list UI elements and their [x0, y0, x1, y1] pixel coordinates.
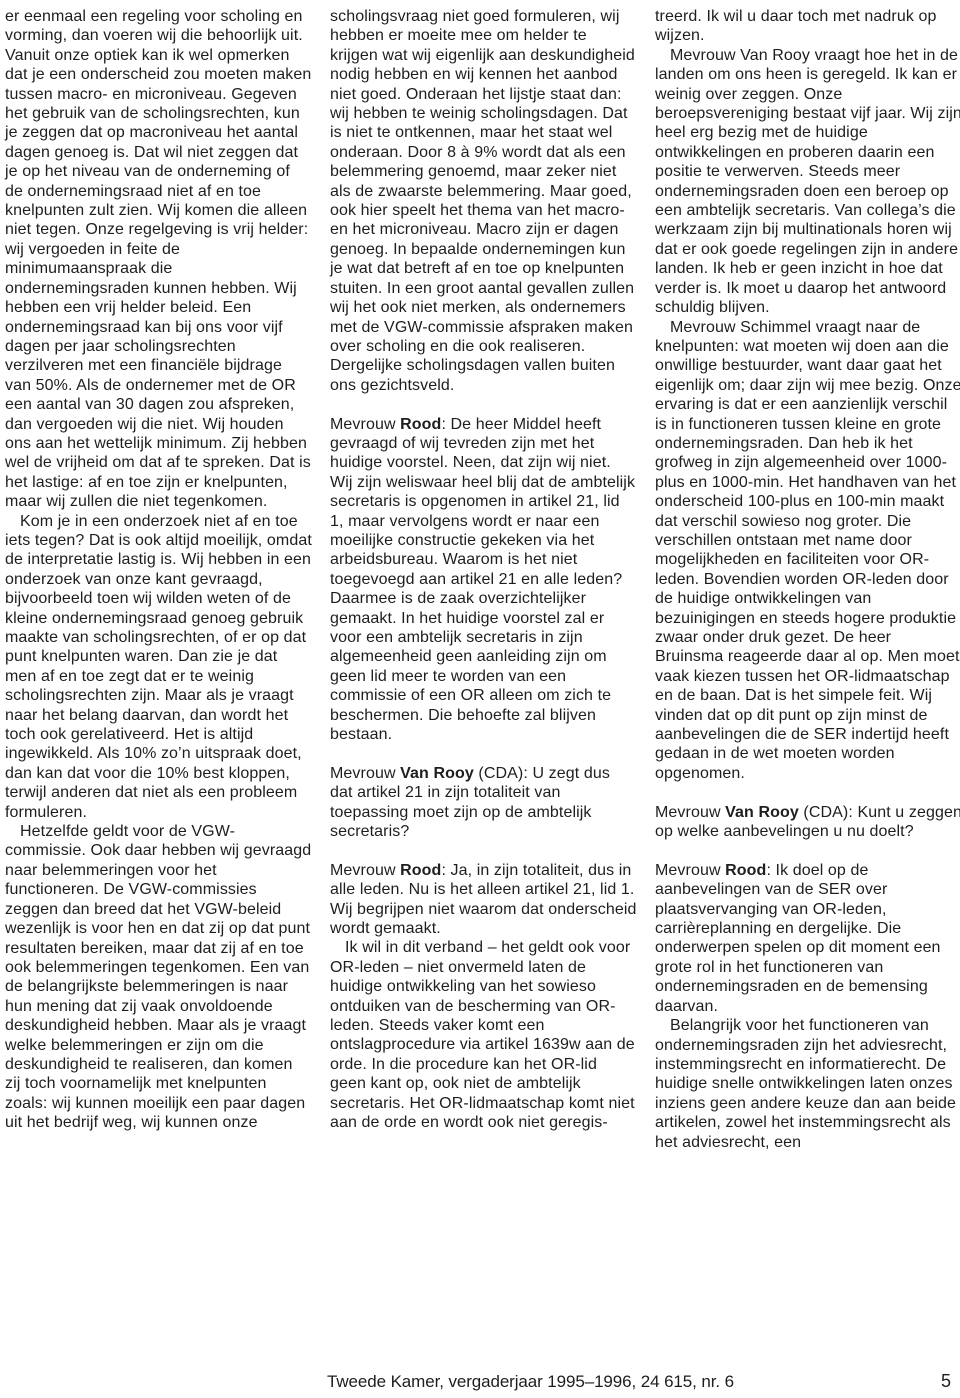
text-column-2: scholingsvraag niet goed formuleren, wij… — [330, 7, 637, 1152]
text-run: Hetzelfde geldt voor de VGW-commissie. O… — [5, 823, 311, 1131]
paragraph: treerd. Ik wil u daar toch met nadruk op… — [655, 7, 960, 46]
speaker-paragraph: Mevrouw Van Rooy (CDA): U zegt dus dat a… — [330, 764, 637, 842]
text-run: Belangrijk voor het functioneren van ond… — [655, 1017, 956, 1150]
text-column-3: treerd. Ik wil u daar toch met nadruk op… — [655, 7, 960, 1152]
speaker-name: Rood — [725, 862, 766, 879]
paragraph: Mevrouw Schimmel vraagt naar de knelpunt… — [655, 318, 960, 784]
speaker-name: Rood — [400, 862, 441, 879]
speaker-name: Van Rooy — [400, 765, 474, 782]
text-run: : De heer Middel heeft gevraagd of wij t… — [330, 416, 635, 744]
text-run: Mevrouw — [655, 804, 725, 821]
speaker-paragraph: Mevrouw Rood: Ik doel op de aanbevelinge… — [655, 861, 960, 1016]
speaker-paragraph: Mevrouw Rood: De heer Middel heeft gevra… — [330, 415, 637, 745]
text-run: Mevrouw — [330, 765, 400, 782]
document-page: er eenmaal een regeling voor scholing en… — [0, 0, 960, 1398]
speaker-name: Van Rooy — [725, 804, 799, 821]
text-column-1: er eenmaal een regeling voor scholing en… — [5, 7, 312, 1152]
text-run: : Ik doel op de aanbevelingen van de SER… — [655, 862, 941, 1015]
text-columns: er eenmaal een regeling voor scholing en… — [5, 7, 960, 1152]
paragraph: Hetzelfde geldt voor de VGW-commissie. O… — [5, 822, 312, 1133]
footer-reference: Tweede Kamer, vergaderjaar 1995–1996, 24… — [327, 1372, 734, 1392]
paragraph: Belangrijk voor het functioneren van ond… — [655, 1016, 960, 1152]
paragraph: scholingsvraag niet goed formuleren, wij… — [330, 7, 637, 395]
paragraph: Kom je in een onderzoek niet af en toe i… — [5, 512, 312, 823]
text-run: Mevrouw — [330, 862, 400, 879]
paragraph: Ik wil in dit verband – het geldt ook vo… — [330, 938, 637, 1132]
footer-page-number: 5 — [941, 1371, 951, 1392]
text-run: Mevrouw Schimmel vraagt naar de knelpunt… — [655, 319, 960, 782]
text-run: Ik wil in dit verband – het geldt ook vo… — [330, 939, 635, 1131]
speaker-name: Rood — [400, 416, 441, 433]
text-run: Mevrouw — [655, 862, 725, 879]
text-run: Kom je in een onderzoek niet af en toe i… — [5, 513, 312, 821]
text-run: Mevrouw Van Rooy vraagt hoe het in de la… — [655, 47, 960, 316]
speaker-paragraph: Mevrouw Van Rooy (CDA): Kunt u zeggen op… — [655, 803, 960, 842]
text-run: Mevrouw — [330, 416, 400, 433]
paragraph: er eenmaal een regeling voor scholing en… — [5, 7, 312, 512]
text-run: scholingsvraag niet goed formuleren, wij… — [330, 8, 635, 394]
speaker-paragraph: Mevrouw Rood: Ja, in zijn totaliteit, du… — [330, 861, 637, 939]
paragraph: Mevrouw Van Rooy vraagt hoe het in de la… — [655, 46, 960, 318]
text-run: er eenmaal een regeling voor scholing en… — [5, 8, 311, 510]
text-run: treerd. Ik wil u daar toch met nadruk op… — [655, 8, 936, 44]
